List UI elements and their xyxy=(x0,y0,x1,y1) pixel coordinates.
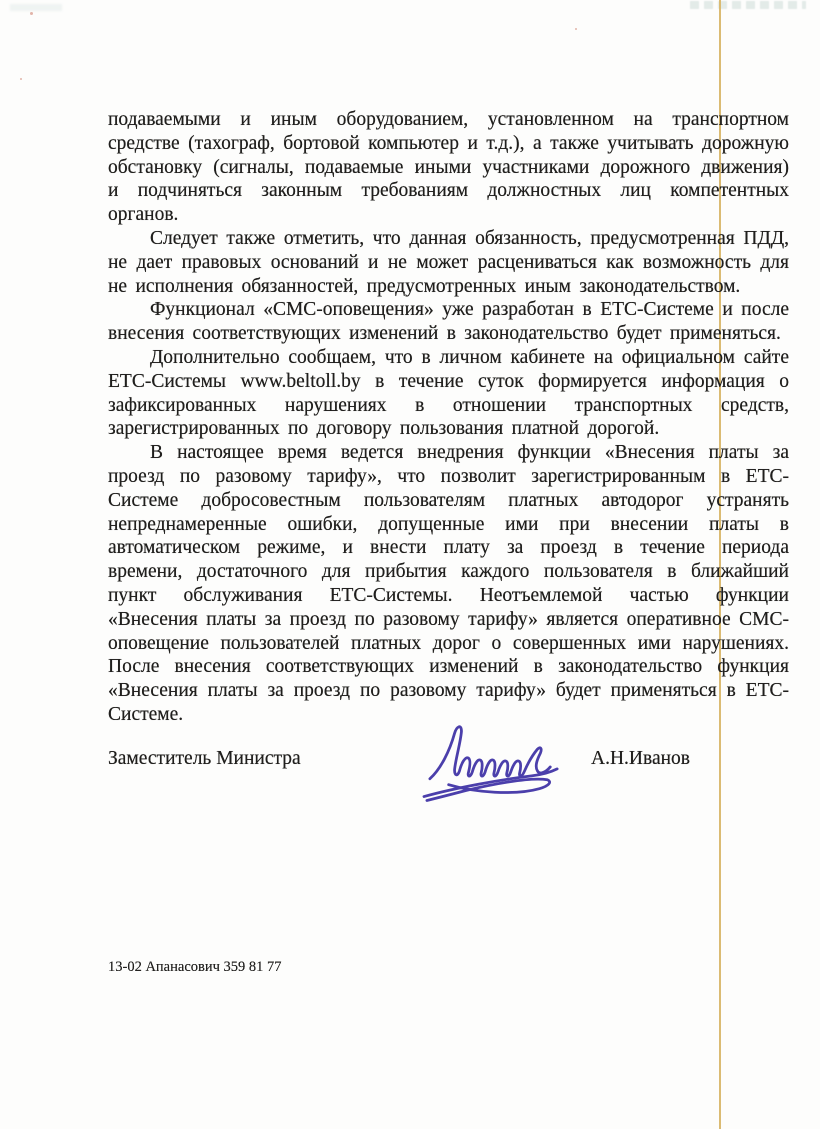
paragraph: Следует также отметить, что данная обяза… xyxy=(108,227,789,298)
signature-block: Заместитель Министра А.Н.Иванов xyxy=(108,733,789,825)
dust-speck xyxy=(30,12,33,15)
signer-title: Заместитель Министра xyxy=(108,747,301,771)
paragraph: подаваемыми и иным оборудованием, устано… xyxy=(108,108,789,227)
scanned-letter-page: подаваемыми и иным оборудованием, устано… xyxy=(0,0,820,1129)
paragraph: Дополнительно сообщаем, что в личном каб… xyxy=(108,346,789,441)
scan-smudge-artifact xyxy=(690,1,806,9)
dust-speck xyxy=(20,78,22,80)
signer-name: А.Н.Иванов xyxy=(591,747,690,771)
handwritten-signature xyxy=(421,721,569,805)
paragraph: В настоящее время ведется внедрения функ… xyxy=(108,441,789,727)
letter-body: подаваемыми и иным оборудованием, устано… xyxy=(108,108,789,825)
scan-smudge-artifact xyxy=(10,4,62,11)
paragraph: Функционал «СМС-оповещения» уже разработ… xyxy=(108,298,789,346)
footer-reference: 13-02 Апанасович 359 81 77 xyxy=(108,959,282,976)
dust-speck xyxy=(575,28,577,30)
